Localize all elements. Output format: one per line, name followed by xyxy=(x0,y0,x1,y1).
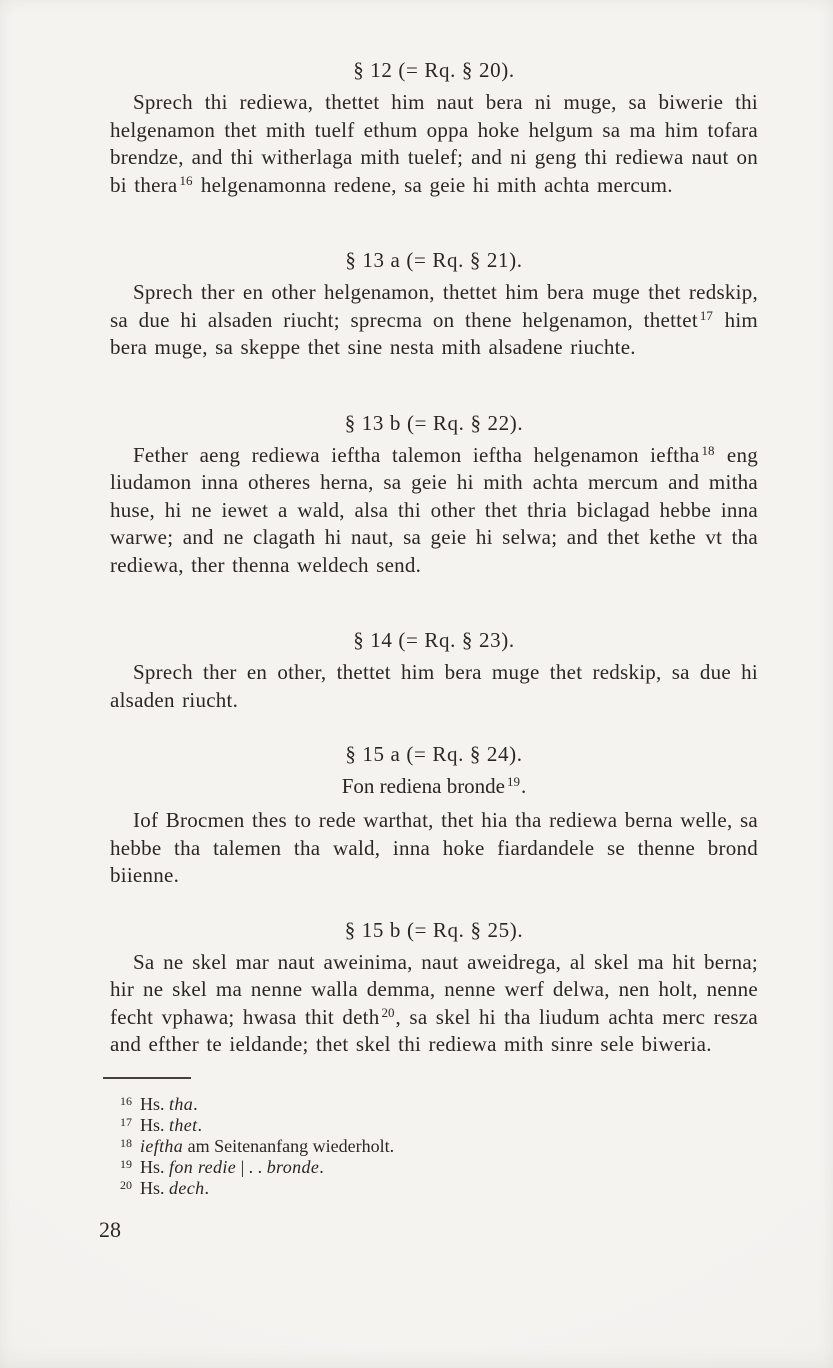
footnote-number: 19 xyxy=(120,1157,132,1171)
footnote-text: Hs. thet. xyxy=(140,1115,202,1135)
footnote: 20Hs. dech. xyxy=(110,1178,758,1199)
footnote-text: Hs. tha. xyxy=(140,1094,198,1114)
section-heading: § 13 a (= Rq. § 21). xyxy=(110,246,758,274)
footnote-ref: 16 xyxy=(179,173,192,188)
section-paragraph: Sprech ther en other, thettet him bera m… xyxy=(110,659,758,714)
section: § 14 (= Rq. § 23). Sprech ther en other,… xyxy=(110,626,758,714)
footnote-text: ieftha am Seitenanfang wiederholt. xyxy=(140,1136,394,1156)
section-paragraph: Sprech thi rediewa, thettet him naut ber… xyxy=(110,89,758,199)
book-page: § 12 (= Rq. § 20). Sprech thi rediewa, t… xyxy=(0,0,833,1368)
section-paragraph: Sa ne skel mar naut aweinima, naut aweid… xyxy=(110,949,758,1059)
section: § 13 b (= Rq. § 22). Fether aeng rediewa… xyxy=(110,409,758,580)
footnote-number: 17 xyxy=(120,1115,132,1129)
footnote-ref: 20 xyxy=(382,1005,395,1020)
footnote-number: 16 xyxy=(120,1094,132,1108)
text-block: § 12 (= Rq. § 20). Sprech thi rediewa, t… xyxy=(110,56,758,1199)
section-paragraph: Fether aeng rediewa ieftha talemon iefth… xyxy=(110,442,758,580)
footnotes-list: 16Hs. tha. 17Hs. thet. 18ieftha am Seite… xyxy=(110,1094,758,1199)
page-number: 28 xyxy=(99,1216,121,1244)
footnote-number: 18 xyxy=(120,1136,132,1150)
footnote: 17Hs. thet. xyxy=(110,1115,758,1136)
section-paragraph: Iof Brocmen thes to rede warthat, thet h… xyxy=(110,807,758,890)
footnote-divider xyxy=(103,1077,191,1079)
section: § 12 (= Rq. § 20). Sprech thi rediewa, t… xyxy=(110,56,758,199)
italic-term: thet xyxy=(169,1115,197,1135)
section-heading: § 14 (= Rq. § 23). xyxy=(110,626,758,654)
footnote-text: Hs. fon redie | . . bronde. xyxy=(140,1157,324,1177)
footnote-block: 16Hs. tha. 17Hs. thet. 18ieftha am Seite… xyxy=(110,1077,758,1199)
section: § 15 a (= Rq. § 24). Fon rediena bronde1… xyxy=(110,740,758,890)
footnote-ref: 17 xyxy=(700,308,713,323)
footnote: 18ieftha am Seitenanfang wiederholt. xyxy=(110,1136,758,1157)
footnote: 19Hs. fon redie | . . bronde. xyxy=(110,1157,758,1178)
footnote-ref: 18 xyxy=(702,443,715,458)
italic-term: bronde xyxy=(267,1157,320,1177)
footnote-number: 20 xyxy=(120,1178,132,1192)
footnote: 16Hs. tha. xyxy=(110,1094,758,1115)
section: § 13 a (= Rq. § 21). Sprech ther en othe… xyxy=(110,246,758,362)
footnote-text: Hs. dech. xyxy=(140,1178,209,1198)
section: § 15 b (= Rq. § 25). Sa ne skel mar naut… xyxy=(110,916,758,1059)
italic-term: ieftha xyxy=(140,1136,183,1156)
italic-term: dech xyxy=(169,1178,204,1198)
section-paragraph: Sprech ther en other helgenamon, thettet… xyxy=(110,279,758,362)
section-heading: § 12 (= Rq. § 20). xyxy=(110,56,758,84)
sections: § 12 (= Rq. § 20). Sprech thi rediewa, t… xyxy=(110,56,758,1059)
section-heading: § 13 b (= Rq. § 22). xyxy=(110,409,758,437)
italic-term: fon redie xyxy=(169,1157,236,1177)
section-heading: § 15 a (= Rq. § 24). xyxy=(110,740,758,768)
footnote-ref: 19 xyxy=(507,774,520,789)
section-heading: § 15 b (= Rq. § 25). xyxy=(110,916,758,944)
section-subtitle: Fon rediena bronde19. xyxy=(110,773,758,800)
italic-term: tha xyxy=(169,1094,193,1114)
